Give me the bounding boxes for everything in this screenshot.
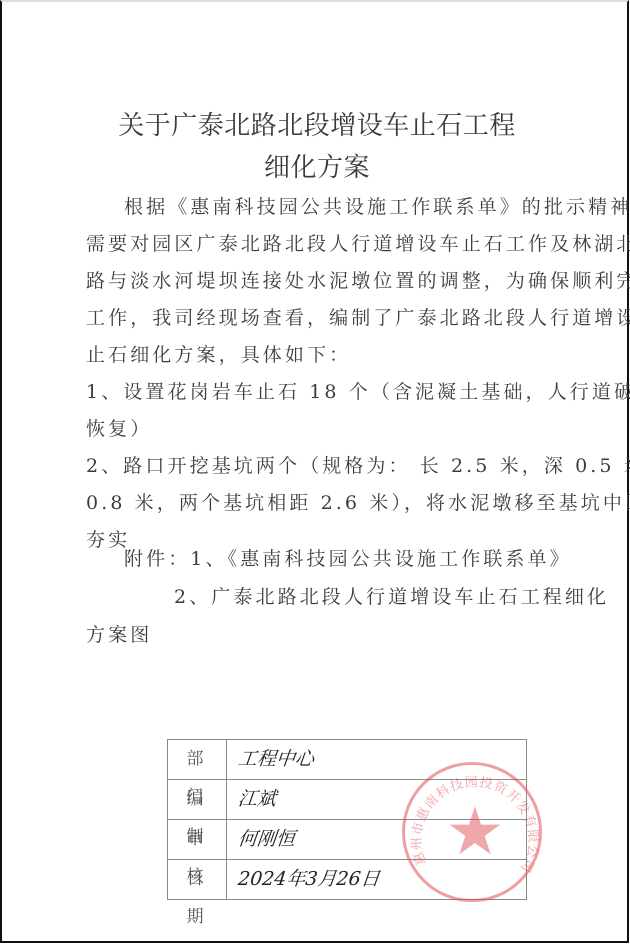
list-item-1-cont: 恢复） — [86, 414, 152, 441]
signoff-value-handwritten: 江斌 — [236, 780, 278, 819]
paragraph-line: 工作，我司经现场查看，编制了广泰北路北段人行道增设车 — [86, 303, 630, 330]
paragraph-line: 需要对园区广泰北路北段人行道增设车止石工作及林湖北 — [86, 229, 630, 256]
signoff-row-prepared-by: 编制 江斌 — [168, 780, 526, 820]
list-item-2-cont: 0.8 米，两个基坑相距 2.6 米），将水泥墩移至基坑中回填并 — [86, 488, 630, 515]
signoff-row-date: 日期 2024年3月26日 — [168, 860, 526, 900]
list-item-2: 2、路口开挖基坑两个（规格为： 长 2.5 米，深 0.5 米，宽 — [86, 451, 630, 478]
document-page: 关于广泰北路北段增设车止石工程 细化方案 根据《惠南科技园公共设施工作联系单》的… — [0, 0, 629, 943]
signoff-row-department: 部门 工程中心 — [168, 740, 526, 780]
attachment-line-2: 2、广泰北路北段人行道增设车止石工程细化 — [174, 582, 609, 609]
attachment-line-3: 方案图 — [86, 620, 152, 647]
paragraph-line: 路与淡水河堤坝连接处水泥墩位置的调整，为确保顺利完成 — [86, 266, 630, 293]
signoff-value-handwritten: 工程中心 — [236, 740, 316, 779]
document-title-line2: 细化方案 — [2, 147, 630, 184]
signoff-row-reviewed-by: 审核 何刚恒 — [168, 820, 526, 860]
signoff-label: 部门 — [168, 740, 227, 779]
signoff-label: 编制 — [168, 780, 227, 819]
signoff-label: 审核 — [168, 820, 227, 859]
paragraph-line: 根据《惠南科技园公共设施工作联系单》的批示精神， — [124, 192, 630, 219]
signoff-value-handwritten: 何刚恒 — [236, 820, 297, 859]
attachment-line-1: 附件：1、《惠南科技园公共设施工作联系单》 — [124, 544, 572, 571]
signoff-label: 日期 — [168, 860, 227, 900]
paragraph-line: 止石细化方案，具体如下： — [86, 340, 351, 367]
list-item-1: 1、设置花岗岩车止石 18 个（含泥凝土基础，人行道破除及 — [86, 377, 630, 404]
signoff-table: 部门 工程中心 编制 江斌 审核 何刚恒 日期 2024年3月26日 — [167, 739, 527, 900]
document-title-line1: 关于广泰北路北段增设车止石工程 — [2, 105, 630, 142]
signoff-value-handwritten: 2024年3月26日 — [236, 860, 382, 900]
